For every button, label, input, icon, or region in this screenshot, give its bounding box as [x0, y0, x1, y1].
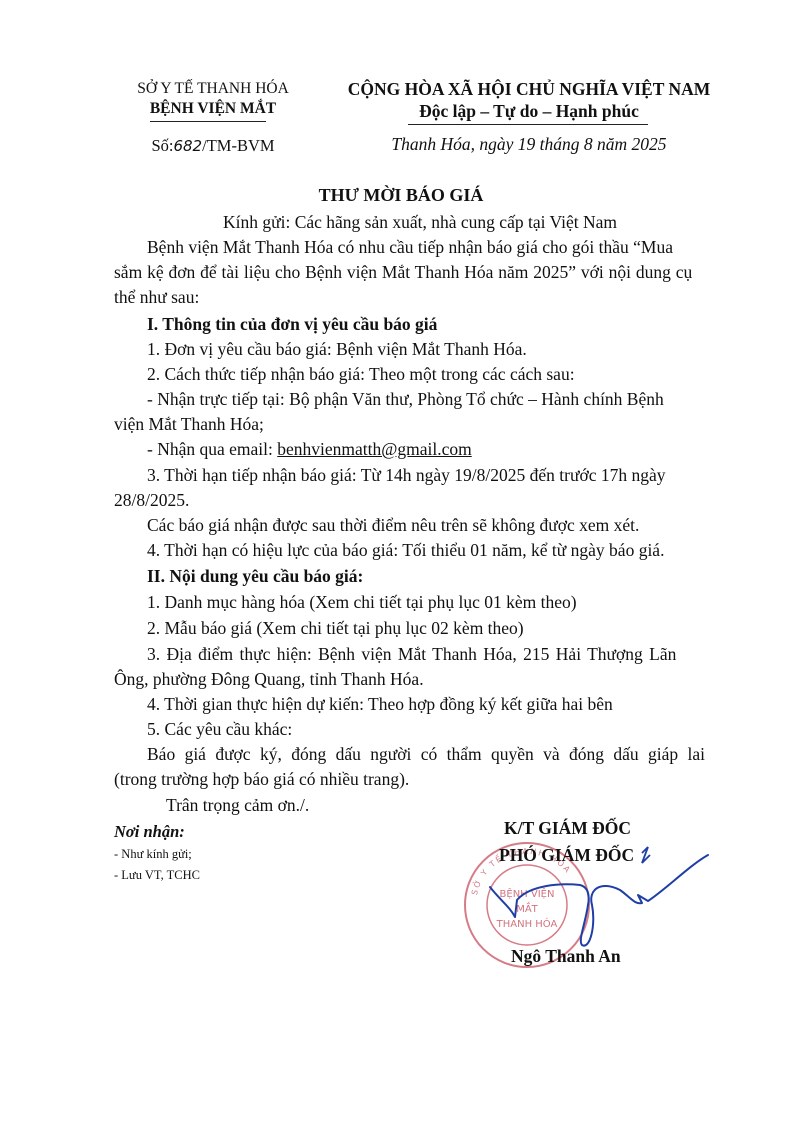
section-1-item-3-line-2: 28/8/2025.: [114, 488, 189, 512]
intro-line-2: sắm kệ đơn để tài liệu cho Bệnh viện Mắt…: [114, 260, 692, 284]
email-label: - Nhận qua email:: [147, 439, 277, 459]
section-1-item-2a-line-2: viện Mắt Thanh Hóa;: [114, 412, 264, 436]
signer-name: Ngô Thanh An: [511, 946, 621, 967]
section-2-item-3-line-1: 3. Địa điểm thực hiện: Bệnh viện Mắt Tha…: [147, 642, 676, 666]
section-1-item-2: 2. Cách thức tiếp nhận báo giá: Theo một…: [147, 362, 575, 386]
hospital-name: BỆNH VIỆN MẮT: [100, 100, 326, 118]
section-1-item-4: 4. Thời hạn có hiệu lực của báo giá: Tối…: [147, 538, 664, 562]
document-number: Số:682/TM-BVM: [100, 136, 326, 156]
section-2-item-5: 5. Các yêu cầu khác:: [147, 717, 292, 741]
section-2-item-3-line-2: Ông, phường Đông Quang, tỉnh Thanh Hóa.: [114, 667, 424, 691]
section-1-note: Các báo giá nhận được sau thời điểm nêu …: [147, 513, 639, 537]
motto-underline: [408, 124, 648, 125]
handwritten-signature: [470, 845, 710, 955]
hospital-underline: [150, 121, 266, 122]
country-name: CỘNG HÒA XÃ HỘI CHỦ NGHĨA VIỆT NAM: [334, 79, 724, 100]
section-1-heading: I. Thông tin của đơn vị yêu cầu báo giá: [147, 312, 437, 336]
closing-line: Trân trọng cảm ơn./.: [166, 793, 309, 817]
section-2-item-5-line-2: (trong trường hợp báo giá có nhiều trang…: [114, 767, 409, 791]
section-1-item-3-line-1: 3. Thời hạn tiếp nhận báo giá: Từ 14h ng…: [147, 463, 665, 487]
agency-name: SỞ Y TẾ THANH HÓA: [100, 80, 326, 98]
intro-line-3: thể như sau:: [114, 285, 199, 309]
email-link[interactable]: benhvienmatth@gmail.com: [277, 439, 471, 459]
intro-line-1: Bệnh viện Mắt Thanh Hóa có nhu cầu tiếp …: [147, 235, 673, 259]
document-title: THƯ MỜI BÁO GIÁ: [0, 185, 802, 206]
doc-number-prefix: Số:: [151, 136, 173, 155]
section-2-item-4: 4. Thời gian thực hiện dự kiến: Theo hợp…: [147, 692, 613, 716]
doc-number-handwritten: 682: [173, 137, 202, 155]
place-date: Thanh Hóa, ngày 19 tháng 8 năm 2025: [334, 134, 724, 155]
section-1-item-2b: - Nhận qua email: benhvienmatth@gmail.co…: [147, 437, 472, 461]
recipient-item-2: - Lưu VT, TCHC: [114, 868, 200, 883]
section-2-heading: II. Nội dung yêu cầu báo giá:: [147, 564, 363, 588]
recipient-item-1: - Như kính gửi;: [114, 847, 192, 862]
national-motto: Độc lập – Tự do – Hạnh phúc: [334, 101, 724, 122]
section-2-item-5-line-1: Báo giá được ký, đóng dấu người có thẩm …: [147, 742, 705, 766]
signature-role-1: K/T GIÁM ĐỐC: [504, 818, 631, 839]
section-2-item-2: 2. Mẫu báo giá (Xem chi tiết tại phụ lục…: [147, 616, 524, 640]
section-1-item-1: 1. Đơn vị yêu cầu báo giá: Bệnh viện Mắt…: [147, 337, 527, 361]
doc-number-suffix: /TM-BVM: [202, 136, 274, 155]
section-1-item-2a-line-1: - Nhận trực tiếp tại: Bộ phận Văn thư, P…: [147, 387, 664, 411]
recipient-line: Kính gửi: Các hãng sản xuất, nhà cung cấ…: [100, 210, 740, 234]
section-2-item-1: 1. Danh mục hàng hóa (Xem chi tiết tại p…: [147, 590, 577, 614]
recipients-label: Nơi nhận:: [114, 822, 185, 842]
